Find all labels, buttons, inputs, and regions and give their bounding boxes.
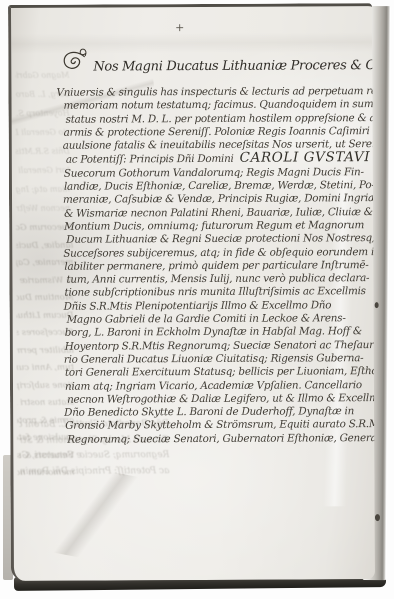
- manuscript-text: Nos Magni Ducatus Lithuaniæ Proceres & O…: [63, 52, 375, 447]
- manuscript-page: + Magno Gabrieli de la Gardie Comiti in …: [8, 3, 375, 581]
- text-line-royal: ac Potentiſſ: Principis Dñi Domini CAROL…: [66, 152, 375, 168]
- page-mark: +: [175, 21, 184, 34]
- manuscript-photo: + Magno Gabrieli de la Gardie Comiti in …: [0, 0, 394, 599]
- text-line: memoriam notum testatumq; facimus. Quand…: [63, 98, 375, 113]
- royal-name-caps: CAROLI GVSTAVI: [240, 150, 371, 167]
- ink-speck: [375, 302, 379, 308]
- ink-speck: [375, 514, 380, 521]
- text-line: tori Generali Exercituum Statusq; bellic…: [65, 365, 375, 380]
- text-line: Ducum Lithuaniæ & Regni Sueciæ protectio…: [66, 232, 375, 247]
- text-line: niam atq; Ingriam Vicario, Academiæ Vpſa…: [65, 379, 375, 394]
- document-heading: Nos Magni Ducatus Lithuaniæ Proceres & O…: [93, 52, 375, 75]
- text-line: meraniæ, Caſsubiæ & Vendæ, Principis Rug…: [63, 192, 375, 207]
- royal-line-prefix: ac Potentiſſ: Principis Dñi Domini: [66, 153, 237, 166]
- text-line: tione subſcriptionibus nris munita Illuſ…: [64, 286, 375, 301]
- text-line: Gronsiö Marby Skytteholm & Strömsrum, Eq…: [65, 418, 375, 433]
- text-line: borg, L. Baroni in Eckholm Dynaſtæ in Ha…: [65, 325, 375, 340]
- text-line: Regnorumq; Sueciæ Senatori, Gubernatori …: [67, 432, 375, 447]
- document-heading-row: Nos Magni Ducatus Lithuaniæ Proceres & O…: [63, 52, 375, 82]
- body-text: Vniuersis & singulis has inspecturis & l…: [63, 85, 375, 447]
- flourish-icon: [59, 48, 91, 82]
